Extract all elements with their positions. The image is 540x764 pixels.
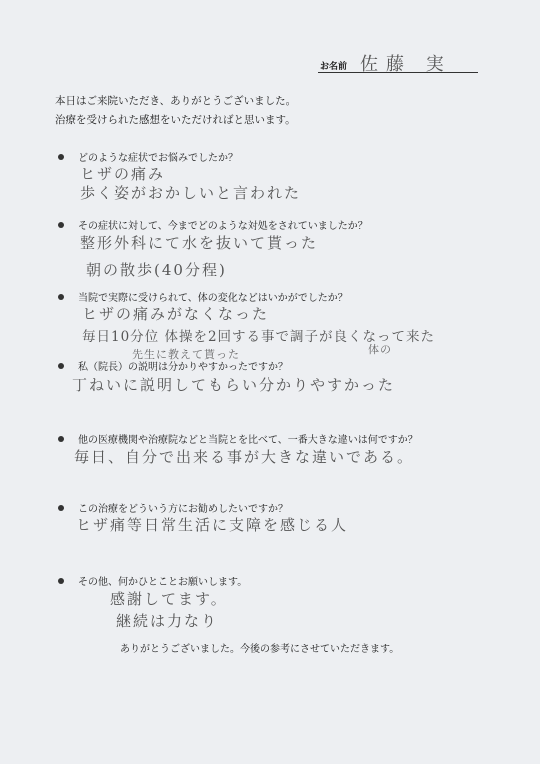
question-4: 私（院長）の説明は分かりやすかったですか？: [58, 358, 288, 373]
question-1: どのような症状でお悩みでしたか？: [58, 149, 238, 164]
answer-1-line-2: 歩く姿がおかしいと言われた: [80, 182, 301, 203]
answer-1-line-1: ヒザの痛み: [80, 163, 165, 184]
question-2: その症状に対して、今までどのような対処をされていましたか？: [58, 217, 368, 232]
answer-2-line-1: 整形外科にて水を抜いて貰った: [80, 232, 318, 253]
answer-2-line-2: 朝の散歩(40分程): [86, 259, 227, 280]
bullet-icon: [58, 436, 64, 442]
closing-text: ありがとうございました。今後の参考にさせていただきます。: [120, 640, 399, 655]
answer-7-line-1: 感謝してます。: [110, 588, 228, 609]
bullet-icon: [58, 363, 64, 369]
intro-line-2: 治療を受けられた感想をいただければと思います。: [55, 111, 296, 130]
answer-5: 毎日、自分で出来る事が大きな違いである。: [74, 446, 414, 467]
bullet-icon: [58, 578, 64, 584]
answer-7-line-2: 継続は力なり: [116, 610, 218, 631]
answer-6: ヒザ痛等日常生活に支障を感じる人: [76, 514, 348, 535]
question-6: この治療をどういう方にお勧めしたいですか？: [58, 500, 288, 515]
intro-text: 本日はご来院いただき、ありがとうございました。 治療を受けられた感想をいただけれ…: [55, 92, 296, 130]
answer-3-insertion-2: 体の: [368, 341, 392, 357]
intro-line-1: 本日はご来院いただき、ありがとうございました。: [55, 92, 296, 111]
name-value: 佐藤 実: [360, 50, 452, 76]
name-label: お名前: [320, 59, 347, 72]
answer-3-line-1: ヒザの痛みがなくなった: [82, 303, 269, 324]
question-7: その他、何かひとことお願いします。: [58, 573, 247, 588]
answer-4: 丁ねいに説明してもらい分かりやすかった: [72, 374, 395, 395]
survey-sheet: お名前 佐藤 実 本日はご来院いただき、ありがとうございました。 治療を受けられ…: [0, 0, 540, 764]
bullet-icon: [58, 294, 64, 300]
bullet-icon: [58, 154, 64, 160]
bullet-icon: [58, 505, 64, 511]
question-3: 当院で実際に受けられて、体の変化などはいかがでしたか？: [58, 289, 348, 304]
question-5: 他の医療機関や治療院などと当院とを比べて、一番大きな違いは何ですか？: [58, 431, 418, 446]
bullet-icon: [58, 222, 64, 228]
name-field: お名前 佐藤 実: [318, 52, 478, 73]
